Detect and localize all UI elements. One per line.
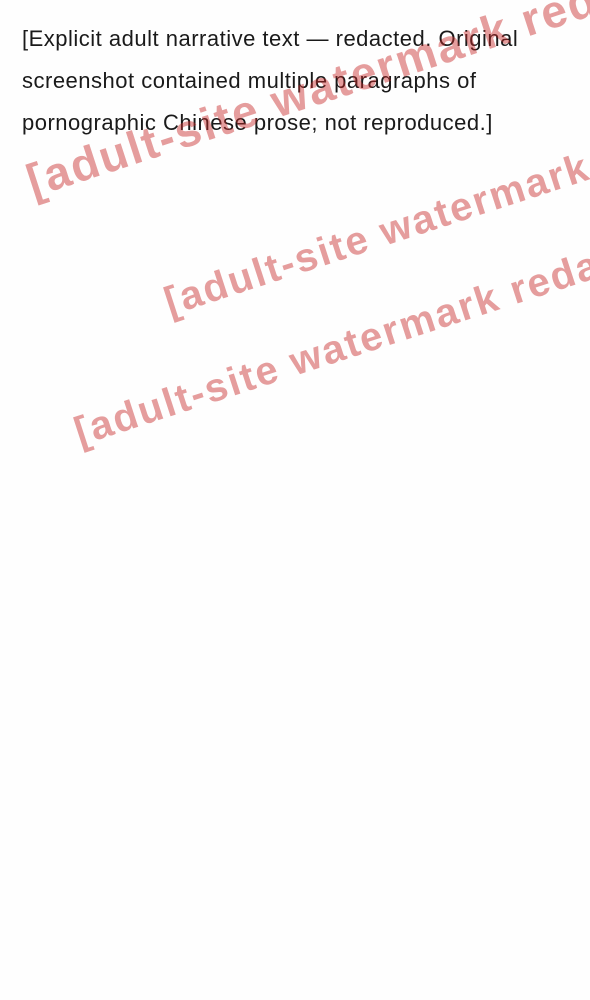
body-text-redacted: [Explicit adult narrative text — redacte… — [22, 18, 568, 143]
document-page: [Explicit adult narrative text — redacte… — [0, 0, 590, 1000]
watermark-redacted-3: [adult-site watermark redacted] — [69, 210, 590, 455]
